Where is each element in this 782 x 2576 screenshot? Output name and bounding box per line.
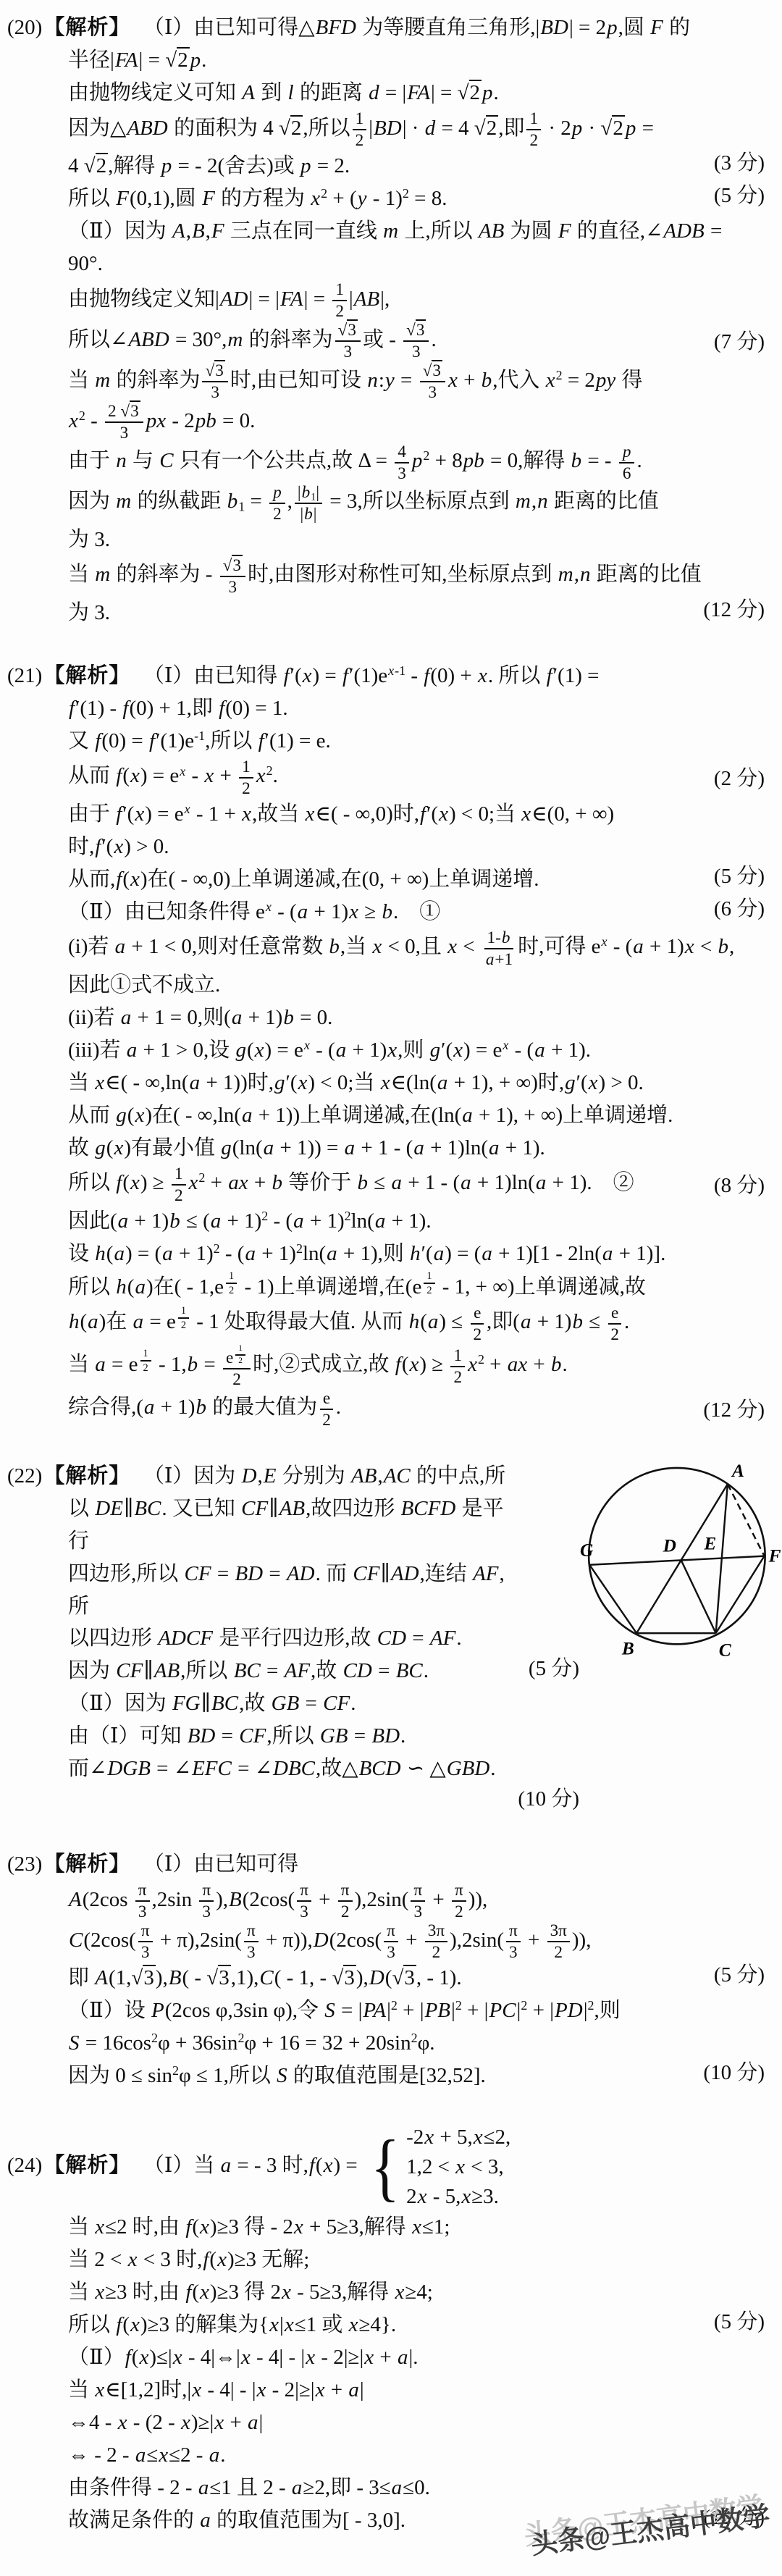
solution-line: 为 3. — [68, 524, 765, 556]
solution-line: 因为 m 的纵截距 b1 = p2,|b1||b| = 3,所以坐标原点到 m,… — [68, 483, 765, 524]
solution-text: 90°. — [68, 252, 103, 275]
solution-text: 由抛物线定义知|AD| = |FA| = 12|AB|, — [68, 288, 390, 311]
svg-text:C: C — [719, 1640, 732, 1660]
score-mark: (6 分) — [714, 893, 765, 926]
problem-block: (21)【解析】（Ⅰ）由已知得 f′(x) = f′(1)ex-1 - f(0)… — [6, 660, 765, 1430]
solution-line: 因为△ABD 的面积为 4 √2,所以12|BD| · d = 4 √2,即12… — [68, 109, 765, 150]
solution-line: 所以∠ABD = 30°,m 的斜率为√33或 - √33.(7 分) — [68, 321, 765, 361]
solution-line: 当 2 < x < 3 时,f(x)≥3 无解; — [68, 2244, 765, 2276]
solution-text: 半径|FA| = √2p. — [68, 47, 206, 72]
solution-line: 故 g(x)有最小值 g(ln(a + 1)) = a + 1 - (a + 1… — [68, 1132, 765, 1165]
solution-text: 因此①式不成立. — [68, 973, 220, 997]
solution-line: 以 DE∥BC. 又已知 CF∥AB,故四边形 BCFD 是平行 — [68, 1493, 579, 1558]
solution-text: 由于 n 与 C 只有一个公共点,故 Δ = 43p2 + 8pb = 0,解得… — [68, 449, 642, 472]
solution-line: （Ⅱ）因为 FG∥BC,故 GB = CF. — [68, 1687, 579, 1720]
solution-text: （Ⅱ）因为 A,B,F 三点在同一直线 m 上,所以 AB 为圆 F 的直径,∠… — [68, 219, 722, 243]
solution-text: 当 a = e12 - 1,b = e122时,②式成立,故 f(x) ≥ 12… — [68, 1353, 568, 1376]
problem-block: (22)【解析】（Ⅰ）因为 D,E 分别为 AB,AC 的中点,所以 DE∥BC… — [6, 1460, 765, 1818]
solution-text: (ii)若 a + 1 = 0,则(a + 1)b = 0. — [68, 1006, 332, 1029]
solution-text: 由于 f′(x) = ex - 1 + x,故当 x∈( - ∞,0)时,f′(… — [68, 802, 614, 826]
solution-text: （Ⅱ）设 P(2cos φ,3sin φ),令 S = |PA|2 + |PB|… — [68, 1999, 621, 2022]
score-mark: (12 分) — [703, 594, 765, 626]
solution-text: （Ⅰ）由已知可得△BFD 为等腰直角三角形,|BD| = 2p,圆 F 的 — [154, 16, 690, 39]
solutions: (20)【解析】（Ⅰ）由已知可得△BFD 为等腰直角三角形,|BD| = 2p,… — [6, 12, 765, 2537]
score-mark: (12 分) — [703, 1394, 765, 1427]
solution-text: (iii)若 a + 1 > 0,设 g(x) = ex - (a + 1)x,… — [68, 1039, 591, 1062]
solution-text: 当 x≤2 时,由 f(x)≥3 得 - 2x + 5≥3,解得 x≤1; — [68, 2215, 450, 2239]
solution-text: 当 x≥3 时,由 f(x)≥3 得 2x - 5≥3,解得 x≥4; — [68, 2281, 433, 2304]
solution-line: A(2cos π3,2sin π3),B(2cos(π3 + π2),2sin(… — [68, 1881, 765, 1921]
solution-line: 当 x∈( - ∞,ln(a + 1))时,g′(x) < 0;当 x∈(ln(… — [68, 1067, 765, 1099]
solution-text: 从而 f(x) = ex - x + 12x2. — [68, 764, 278, 787]
solution-line: 综合得,(a + 1)b 的最大值为e2.(12 分) — [68, 1389, 765, 1430]
svg-text:F: F — [768, 1545, 781, 1566]
solution-text: 4 √2,解得 p = - 2(舍去)或 p = 2. — [68, 153, 350, 177]
solution-line: 由（Ⅰ）可知 BD = CF,所以 GB = BD. — [68, 1720, 579, 1753]
solution-line: 从而,f(x)在( - ∞,0)上单调递减,在(0, + ∞)上单调递增.(5 … — [68, 863, 765, 896]
solution-line: ⇔4 - x - (2 - x)≥|x + a| — [68, 2407, 765, 2439]
solution-line: 当 x≥3 时,由 f(x)≥3 得 2x - 5≥3,解得 x≥4; — [68, 2276, 765, 2309]
score-mark: (7 分) — [714, 326, 765, 358]
solution-line: 又 f(0) = f′(1)e-1,所以 f′(1) = e. — [68, 725, 765, 758]
score-mark: (8 分) — [714, 1170, 765, 1202]
solution-line: 4 √2,解得 p = - 2(舍去)或 p = 2.(3 分) — [68, 150, 765, 182]
solution-text: （Ⅰ）当 a = - 3 时,f(x) = {-2x + 5,x≤2,1,2 <… — [154, 2154, 510, 2177]
solution-line: 设 h(a) = (a + 1)2 - (a + 1)2ln(a + 1),则 … — [68, 1238, 765, 1270]
solution-line: 当 m 的斜率为√33时,由已知可设 n:y = √33x + b,代入 x2 … — [68, 361, 765, 402]
svg-text:B: B — [621, 1638, 634, 1658]
solution-line: 因为 CF∥AB,所以 BC = AF,故 CD = BC.(5 分) — [68, 1655, 579, 1687]
solution-text: 为 3. — [68, 528, 110, 551]
svg-text:G: G — [580, 1540, 594, 1560]
circle-diagram: ABCDEFG — [579, 1461, 782, 1692]
solution-line: 所以 h(a)在( - 1,e12 - 1)上单调递增,在(e12 - 1, +… — [68, 1270, 765, 1304]
solution-text: ⇔ - 2 - a≤x≤2 - a. — [68, 2443, 225, 2467]
solution-line: （Ⅱ）设 P(2cos φ,3sin φ),令 S = |PA|2 + |PB|… — [68, 1994, 765, 2027]
score-mark: (10 分) — [703, 2057, 765, 2089]
solution-line: (24)【解析】（Ⅰ）当 a = - 3 时,f(x) = {-2x + 5,x… — [7, 2123, 765, 2211]
score-mark: (5 分) — [529, 1653, 579, 1685]
solution-line: (21)【解析】（Ⅰ）由已知得 f′(x) = f′(1)ex-1 - f(0)… — [7, 660, 765, 692]
solution-text: 因为 m 的纵截距 b1 = p2,|b1||b| = 3,所以坐标原点到 m,… — [68, 490, 659, 513]
solution-text: 为 3. — [68, 601, 110, 624]
solution-text: 由抛物线定义可知 A 到 l 的距离 d = |FA| = √2p. — [68, 80, 499, 104]
solution-text: 由（Ⅰ）可知 BD = CF,所以 GB = BD. — [68, 1724, 405, 1748]
solution-line: 所以 f(x) ≥ 12x2 + ax + b 等价于 b ≤ a + 1 - … — [68, 1165, 765, 1205]
solution-text: 因为 CF∥AB,所以 BC = AF,故 CD = BC. — [68, 1659, 429, 1682]
solution-text: 所以∠ABD = 30°,m 的斜率为√33或 - √33. — [68, 328, 437, 351]
problem-number: (24) — [7, 2154, 42, 2177]
solution-line: （Ⅱ）由已知条件得 ex - (a + 1)x ≥ b. ①(6 分) — [68, 896, 765, 928]
solution-text: 当 x∈( - ∞,ln(a + 1))时,g′(x) < 0;当 x∈(ln(… — [68, 1071, 644, 1094]
solution-text: f′(1) - f(0) + 1,即 f(0) = 1. — [68, 697, 288, 720]
solution-line: 因此①式不成立. — [68, 969, 765, 1002]
solution-text: 因为△ABD 的面积为 4 √2,所以12|BD| · d = 4 √2,即12… — [68, 117, 654, 140]
solution-line: （Ⅱ）f(x)≤|x - 4|⇔|x - 4| - |x - 2|≥|x + a… — [68, 2341, 765, 2374]
solution-text: 故 g(x)有最小值 g(ln(a + 1)) = a + 1 - (a + 1… — [68, 1136, 545, 1159]
solution-text: 当 m 的斜率为√33时,由已知可设 n:y = √33x + b,代入 x2 … — [68, 369, 643, 392]
solution-line: 当 x≤2 时,由 f(x)≥3 得 - 2x + 5≥3,解得 x≤1; — [68, 2211, 765, 2244]
problem-number: (20) — [7, 16, 42, 39]
solution-line: 四边形,所以 CF = BD = AD. 而 CF∥AD,连结 AF,所 — [68, 1558, 579, 1623]
solution-line: 由于 n 与 C 只有一个公共点,故 Δ = 43p2 + 8pb = 0,解得… — [68, 442, 765, 483]
analysis-label: 【解析】 — [43, 2154, 130, 2177]
analysis-label: 【解析】 — [43, 1853, 130, 1876]
solution-text: （Ⅱ）由已知条件得 ex - (a + 1)x ≥ b. ① — [68, 900, 440, 923]
solution-text: 故满足条件的 a 的取值范围为[ - 3,0]. — [68, 2509, 405, 2532]
score-mark: (10 分) — [518, 1783, 579, 1816]
solution-text: h(a)在 a = e12 - 1 处取得最大值. 从而 h(a) ≤ e2,即… — [68, 1310, 629, 1333]
solution-text: 即 A(1,√3),B( - √3,1),C( - 1, - √3),D(√3,… — [68, 1965, 462, 1989]
solution-line: (22)【解析】（Ⅰ）因为 D,E 分别为 AB,AC 的中点,所 — [7, 1460, 579, 1493]
solution-line: 从而 g(x)在( - ∞,ln(a + 1))上单调递减,在(ln(a + 1… — [68, 1099, 765, 1132]
solution-line: ⇔ - 2 - a≤x≤2 - a. — [68, 2439, 765, 2472]
circle-figure: ABCDEFG — [579, 1460, 782, 1698]
problem-block: (23)【解析】（Ⅰ）由已知可得A(2cos π3,2sin π3),B(2co… — [6, 1848, 765, 2092]
svg-text:E: E — [703, 1533, 716, 1553]
solution-line: x2 - 2 √33px - 2pb = 0. — [68, 402, 765, 442]
solution-text: 而∠DGB = ∠EFC = ∠DBC,故△BCD ∽ △GBD. — [68, 1757, 496, 1780]
score-mark: (5 分) — [714, 1959, 765, 1992]
solution-line: 时,f′(x) > 0. — [68, 831, 765, 863]
solution-text: 所以 f(x) ≥ 12x2 + ax + b 等价于 b ≤ a + 1 - … — [68, 1171, 634, 1194]
solution-text: 设 h(a) = (a + 1)2 - (a + 1)2ln(a + 1),则 … — [68, 1242, 665, 1265]
score-mark: (2 分) — [714, 763, 765, 795]
problem-block: (20)【解析】（Ⅰ）由已知可得△BFD 为等腰直角三角形,|BD| = 2p,… — [6, 12, 765, 629]
solution-text: 以四边形 ADCF 是平行四边形,故 CD = AF. — [68, 1627, 462, 1650]
solution-text: S = 16cos2φ + 36sin2φ + 16 = 32 + 20sin2… — [68, 2031, 435, 2055]
solution-text: 以 DE∥BC. 又已知 CF∥AB,故四边形 BCFD 是平行 — [68, 1497, 504, 1553]
svg-text:A: A — [731, 1461, 744, 1481]
solution-text: 又 f(0) = f′(1)e-1,所以 f′(1) = e. — [68, 729, 331, 752]
analysis-label: 【解析】 — [43, 16, 130, 39]
solution-line: （Ⅱ）因为 A,B,F 三点在同一直线 m 上,所以 AB 为圆 F 的直径,∠… — [68, 215, 765, 248]
solution-line: C(2cos(π3 + π),2sin(π3 + π)),D(2cos(π3 +… — [68, 1921, 765, 1962]
solution-line: 即 A(1,√3),B( - √3,1),C( - 1, - √3),D(√3,… — [68, 1962, 765, 1994]
solution-text: x2 - 2 √33px - 2pb = 0. — [68, 409, 255, 432]
problem-block: (24)【解析】（Ⅰ）当 a = - 3 时,f(x) = {-2x + 5,x… — [6, 2123, 765, 2537]
solution-line: S = 16cos2φ + 36sin2φ + 16 = 32 + 20sin2… — [68, 2027, 765, 2060]
solution-text: 当 m 的斜率为 - √33时,由图形对称性可知,坐标原点到 m,n 距离的比值 — [68, 563, 702, 586]
solution-text: 所以 f(x)≥3 的解集为{x|x≤1 或 x≥4}. — [68, 2313, 396, 2336]
solution-text: 由条件得 - 2 - a≤1 且 2 - a≥2,即 - 3≤a≤0. — [68, 2476, 430, 2499]
problem-number: (21) — [7, 664, 42, 687]
solution-line: 半径|FA| = √2p. — [68, 44, 765, 77]
solution-line: 由抛物线定义知|AD| = |FA| = 12|AB|, — [68, 280, 765, 321]
solution-line: h(a)在 a = e12 - 1 处取得最大值. 从而 h(a) ≤ e2,即… — [68, 1304, 765, 1344]
solution-text: （Ⅱ）f(x)≤|x - 4|⇔|x - 4| - |x - 2|≥|x + a… — [68, 2346, 419, 2369]
solution-text: ⇔4 - x - (2 - x)≥|x + a| — [68, 2411, 263, 2434]
solution-text: A(2cos π3,2sin π3),B(2cos(π3 + π2),2sin(… — [68, 1888, 487, 1911]
document-page: (20)【解析】（Ⅰ）由已知可得△BFD 为等腰直角三角形,|BD| = 2p,… — [0, 0, 782, 2537]
solution-line: (i)若 a + 1 < 0,则对任意常数 b,当 x < 0,且 x < 1-… — [68, 928, 765, 969]
solution-line: (23)【解析】（Ⅰ）由已知可得 — [7, 1848, 765, 1881]
solution-line: (20)【解析】（Ⅰ）由已知可得△BFD 为等腰直角三角形,|BD| = 2p,… — [7, 12, 765, 44]
solution-text: 时,f′(x) > 0. — [68, 835, 169, 858]
solution-line: 90°. — [68, 248, 765, 280]
solution-line: 当 x∈[1,2]时,|x - 4| - |x - 2|≥|x + a| — [68, 2374, 765, 2407]
solution-line: 以四边形 ADCF 是平行四边形,故 CD = AF. — [68, 1622, 579, 1655]
score-mark: (5 分) — [714, 180, 765, 212]
solution-text: 所以 h(a)在( - 1,e12 - 1)上单调递增,在(e12 - 1, +… — [68, 1275, 646, 1299]
solution-text: (i)若 a + 1 < 0,则对任意常数 b,当 x < 0,且 x < 1-… — [68, 935, 734, 958]
solution-text: 从而,f(x)在( - ∞,0)上单调递减,在(0, + ∞)上单调递增. — [68, 868, 539, 891]
solution-line: 由条件得 - 2 - a≤1 且 2 - a≥2,即 - 3≤a≤0. — [68, 2472, 765, 2504]
solution-line: 从而 f(x) = ex - x + 12x2.(2 分) — [68, 758, 765, 798]
svg-text:D: D — [663, 1535, 676, 1556]
solution-line: f′(1) - f(0) + 1,即 f(0) = 1. — [68, 692, 765, 725]
solution-line: 当 a = e12 - 1,b = e122时,②式成立,故 f(x) ≥ 12… — [68, 1344, 765, 1389]
solution-line: 因此(a + 1)b ≤ (a + 1)2 - (a + 1)2ln(a + 1… — [68, 1205, 765, 1238]
solution-text: （Ⅰ）由已知可得 — [154, 1853, 298, 1876]
solution-line: 由抛物线定义可知 A 到 l 的距离 d = |FA| = √2p. — [68, 77, 765, 109]
solution-text: 当 x∈[1,2]时,|x - 4| - |x - 2|≥|x + a| — [68, 2378, 364, 2401]
solution-text: （Ⅰ）由已知得 f′(x) = f′(1)ex-1 - f(0) + x. 所以… — [154, 664, 599, 687]
solution-text: 从而 g(x)在( - ∞,ln(a + 1))上单调递减,在(ln(a + 1… — [68, 1104, 673, 1127]
solution-line: 因为 0 ≤ sin2φ ≤ 1,所以 S 的取值范围是[32,52].(10 … — [68, 2060, 765, 2092]
solution-text: （Ⅱ）因为 FG∥BC,故 GB = CF. — [68, 1692, 356, 1715]
score-mark: (3 分) — [714, 147, 765, 180]
solution-line: 所以 f(x)≥3 的解集为{x|x≤1 或 x≥4}.(5 分) — [68, 2309, 765, 2341]
solution-line: 所以 F(0,1),圆 F 的方程为 x2 + (y - 1)2 = 8.(5 … — [68, 182, 765, 215]
problem-number: (23) — [7, 1853, 42, 1876]
solution-line: 由于 f′(x) = ex - 1 + x,故当 x∈( - ∞,0)时,f′(… — [68, 798, 765, 831]
problem-number: (22) — [7, 1464, 42, 1488]
solution-text: 综合得,(a + 1)b 的最大值为e2. — [68, 1396, 341, 1419]
solution-text: 四边形,所以 CF = BD = AD. 而 CF∥AD,连结 AF,所 — [68, 1562, 505, 1618]
solution-line: (10 分) — [68, 1785, 579, 1818]
solution-text: （Ⅰ）因为 D,E 分别为 AB,AC 的中点,所 — [154, 1464, 505, 1488]
solution-line: 为 3.(12 分) — [68, 597, 765, 629]
solution-text: C(2cos(π3 + π),2sin(π3 + π)),D(2cos(π3 +… — [68, 1929, 591, 1952]
solution-line: (ii)若 a + 1 = 0,则(a + 1)b = 0. — [68, 1002, 765, 1034]
score-mark: (5 分) — [714, 860, 765, 893]
score-mark: (5 分) — [714, 2306, 765, 2338]
solution-line: 当 m 的斜率为 - √33时,由图形对称性可知,坐标原点到 m,n 距离的比值 — [68, 556, 765, 597]
analysis-label: 【解析】 — [43, 1464, 130, 1488]
solution-text: 所以 F(0,1),圆 F 的方程为 x2 + (y - 1)2 = 8. — [68, 187, 447, 210]
analysis-label: 【解析】 — [43, 664, 130, 687]
solution-line: (iii)若 a + 1 > 0,设 g(x) = ex - (a + 1)x,… — [68, 1034, 765, 1067]
solution-line: 而∠DGB = ∠EFC = ∠DBC,故△BCD ∽ △GBD. — [68, 1753, 579, 1785]
solution-text: 因为 0 ≤ sin2φ ≤ 1,所以 S 的取值范围是[32,52]. — [68, 2064, 486, 2087]
solution-text: 因此(a + 1)b ≤ (a + 1)2 - (a + 1)2ln(a + 1… — [68, 1209, 432, 1233]
solution-text: 当 2 < x < 3 时,f(x)≥3 无解; — [68, 2248, 309, 2271]
